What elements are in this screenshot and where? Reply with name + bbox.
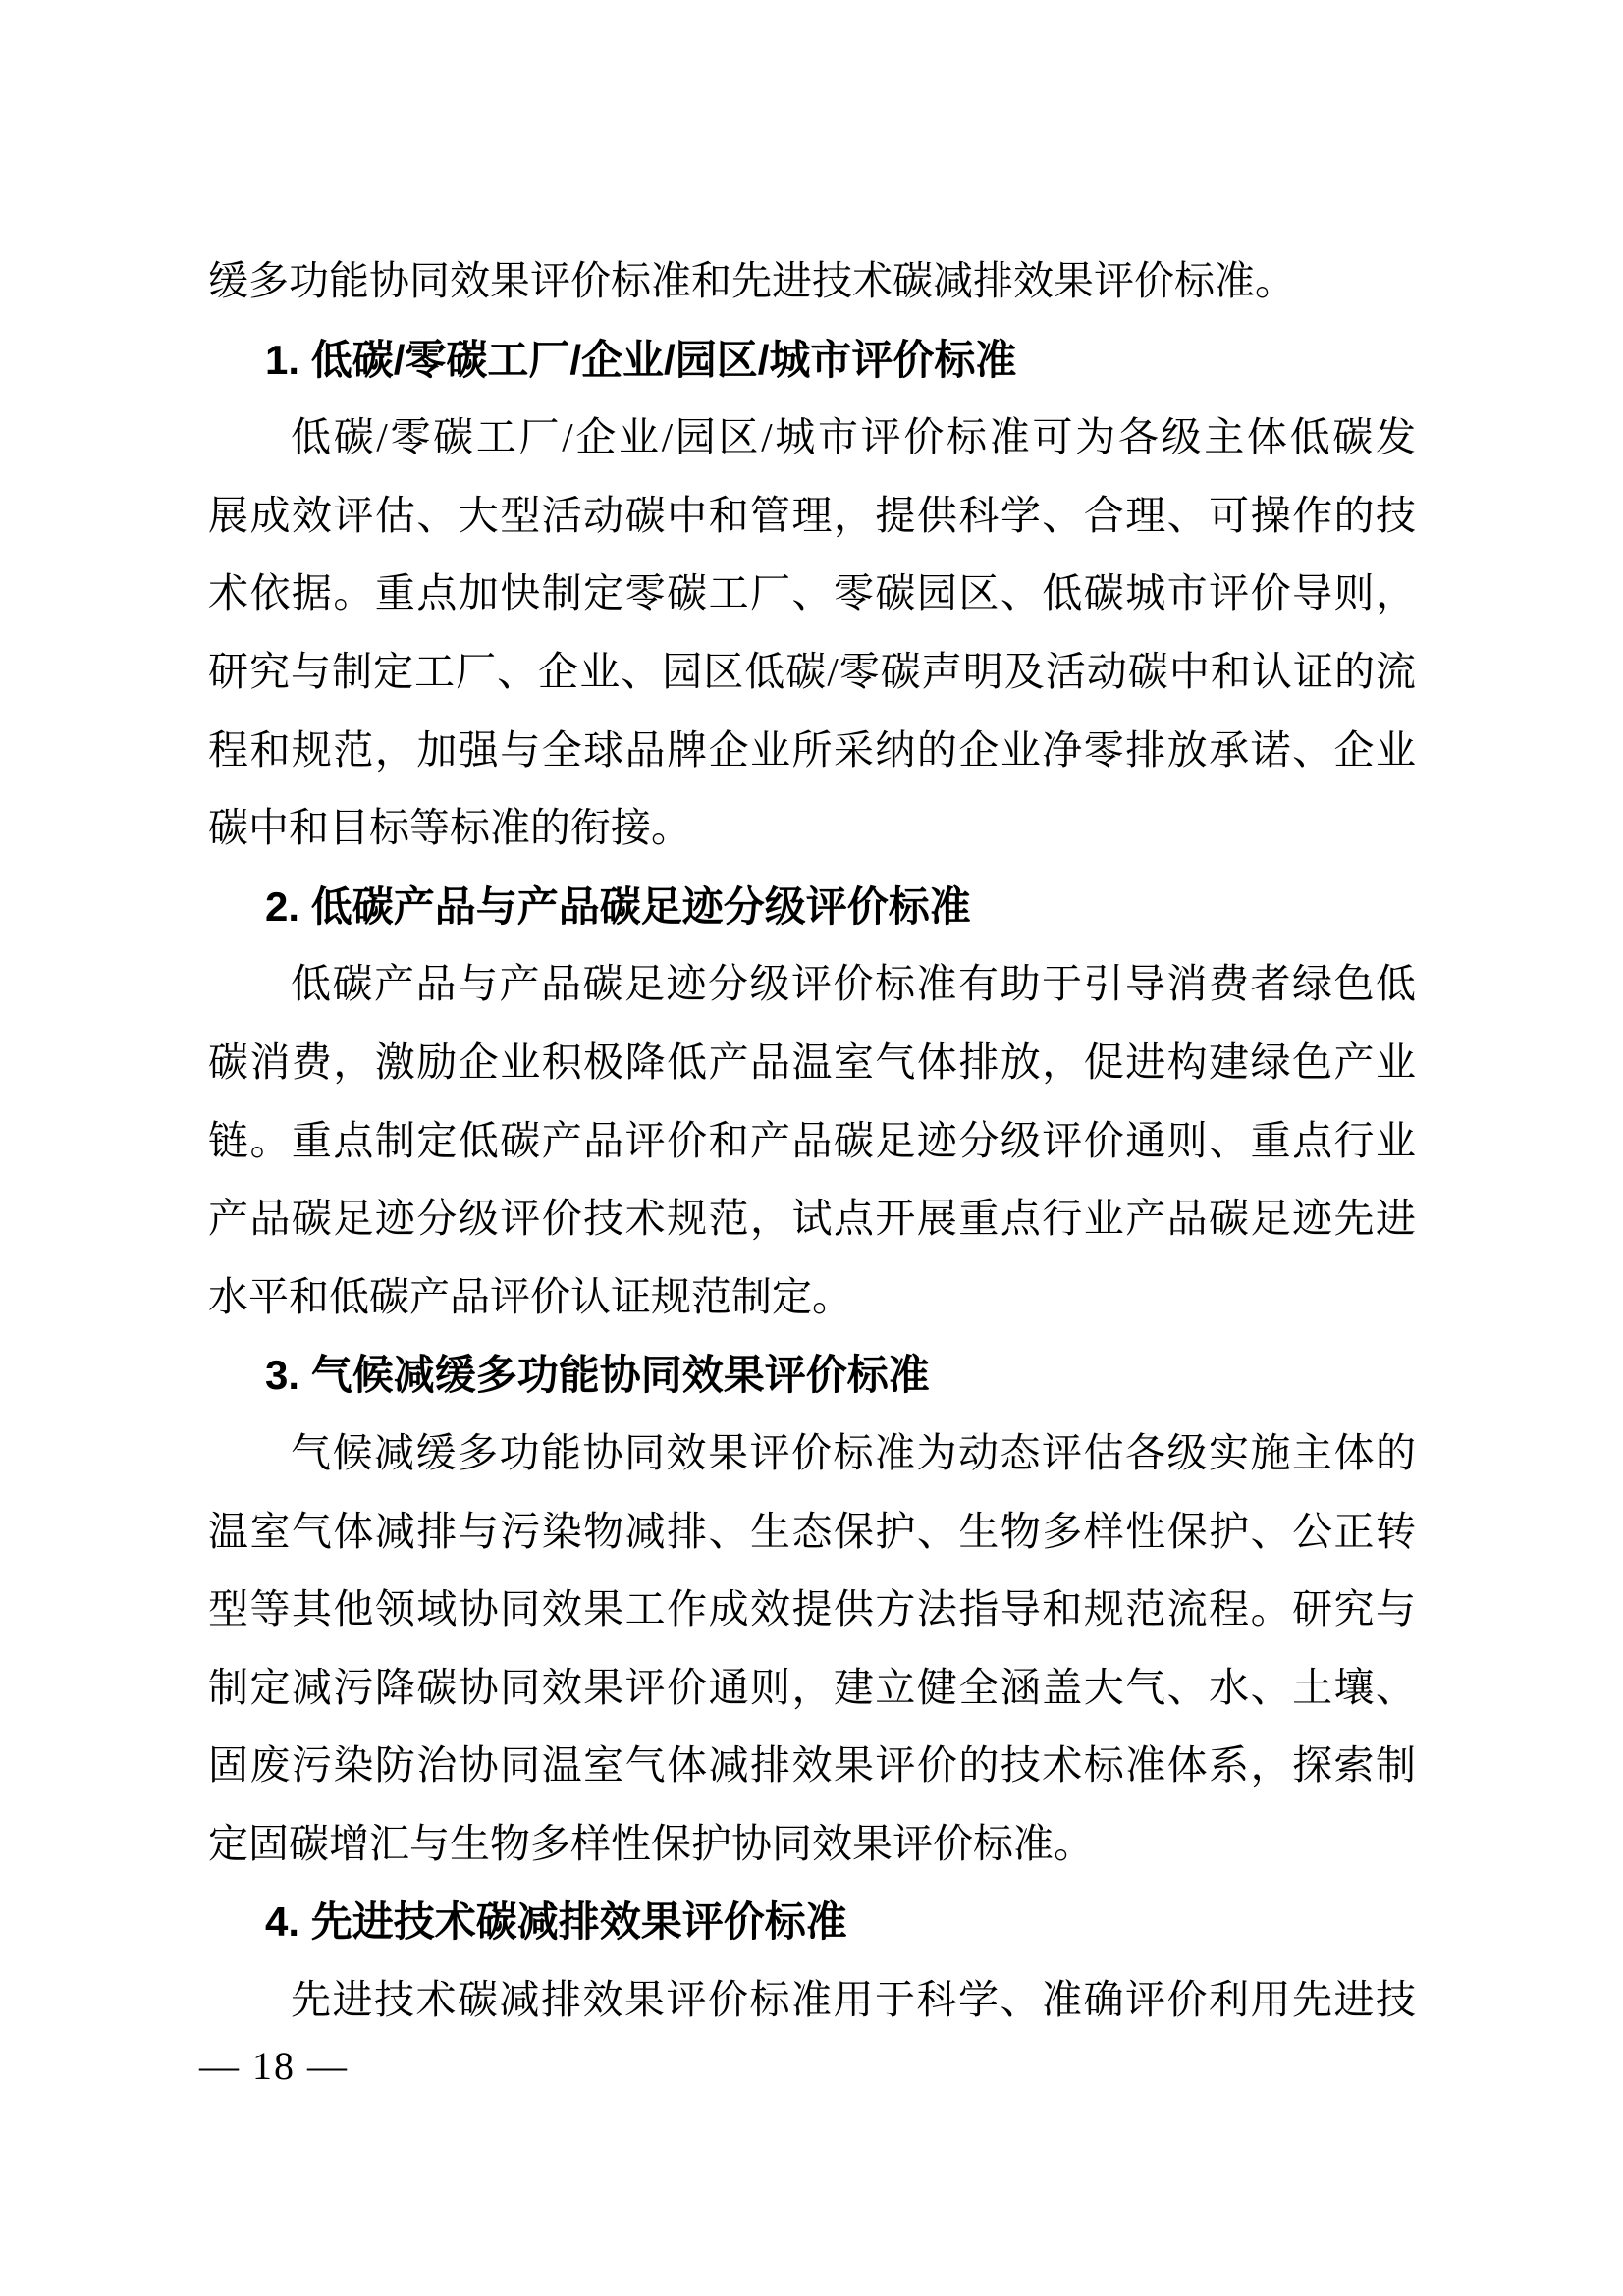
continued-paragraph-line: 缓多功能协同效果评价标准和先进技术碳减排效果评价标准。: [208, 242, 1416, 321]
paragraph-line: 低碳/零碳工厂/企业/园区/城市评价标准可为各级主体低碳发: [208, 399, 1416, 477]
document-page: 缓多功能协同效果评价标准和先进技术碳减排效果评价标准。 1. 低碳/零碳工厂/企…: [0, 0, 1623, 2296]
paragraph-line: 产品碳足迹分级评价技术规范，试点开展重点行业产品碳足迹先进: [208, 1180, 1416, 1258]
paragraph-line: 展成效评估、大型活动碳中和管理，提供科学、合理、可操作的技: [208, 477, 1416, 556]
paragraph-line: 型等其他领域协同效果工作成效提供方法指导和规范流程。研究与: [208, 1571, 1416, 1649]
section-2-heading: 2. 低碳产品与产品碳足迹分级评价标准: [208, 868, 1416, 946]
paragraph-line: 链。重点制定低碳产品评价和产品碳足迹分级评价通则、重点行业: [208, 1102, 1416, 1181]
paragraph-line: 定固碳增汇与生物多样性保护协同效果评价标准。: [208, 1805, 1416, 1884]
paragraph-line: 制定减污降碳协同效果评价通则，建立健全涵盖大气、水、土壤、: [208, 1649, 1416, 1728]
paragraph-line: 固废污染防治协同温室气体减排效果评价的技术标准体系，探索制: [208, 1727, 1416, 1805]
paragraph-line: 水平和低碳产品评价认证规范制定。: [208, 1258, 1416, 1337]
paragraph-line: 碳中和目标等标准的衔接。: [208, 789, 1416, 868]
paragraph-line: 气候减缓多功能协同效果评价标准为动态评估各级实施主体的: [208, 1415, 1416, 1493]
section-4-heading: 4. 先进技术碳减排效果评价标准: [208, 1883, 1416, 1961]
paragraph-line: 术依据。重点加快制定零碳工厂、零碳园区、低碳城市评价导则，: [208, 555, 1416, 633]
page-number: — 18 —: [199, 2040, 349, 2093]
paragraph-line: 低碳产品与产品碳足迹分级评价标准有助于引导消费者绿色低: [208, 945, 1416, 1024]
document-body: 缓多功能协同效果评价标准和先进技术碳减排效果评价标准。 1. 低碳/零碳工厂/企…: [208, 242, 1416, 2040]
paragraph-line: 程和规范，加强与全球品牌企业所采纳的企业净零排放承诺、企业: [208, 712, 1416, 790]
paragraph-line: 碳消费，激励企业积极降低产品温室气体排放，促进构建绿色产业: [208, 1024, 1416, 1102]
paragraph-line: 温室气体减排与污染物减排、生态保护、生物多样性保护、公正转: [208, 1493, 1416, 1572]
paragraph-line: 研究与制定工厂、企业、园区低碳/零碳声明及活动碳中和认证的流: [208, 633, 1416, 712]
paragraph-line: 先进技术碳减排效果评价标准用于科学、准确评价利用先进技: [208, 1961, 1416, 2040]
section-3-heading: 3. 气候减缓多功能协同效果评价标准: [208, 1336, 1416, 1415]
section-1-heading: 1. 低碳/零碳工厂/企业/园区/城市评价标准: [208, 321, 1416, 400]
